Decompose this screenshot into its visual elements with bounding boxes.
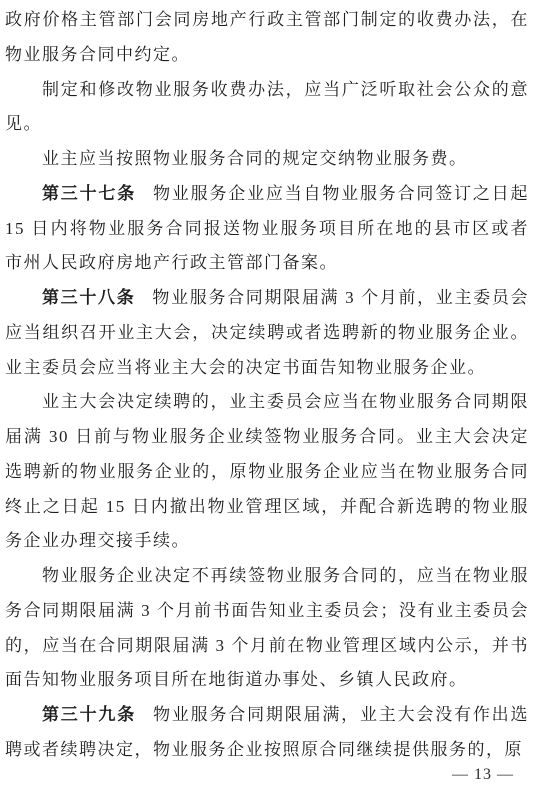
paragraph-text: 物业服务企业决定不再续签物业服务合同的，应当在物业服务合同期限届满 3 个月前书… (5, 566, 529, 689)
article-number: 第三十九条 (42, 705, 136, 724)
document-body: 政府价格主管部门会同房地产行政主管部门制定的收费办法，在物业服务合同中约定。 制… (5, 3, 529, 768)
page-number: — 13 — (452, 766, 514, 783)
paragraph: 业主大会决定续聘的，业主委员会应当在物业服务合同期限届满 30 日前与物业服务企… (5, 385, 529, 559)
paragraph: 第三十九条物业服务合同期限届满，业主大会没有作出选聘或者续聘决定，物业服务企业按… (5, 698, 529, 768)
paragraph: 第三十八条物业服务合同期限届满 3 个月前，业主委员会应当组织召开业主大会，决定… (5, 281, 529, 385)
article-number: 第三十七条 (42, 184, 136, 203)
paragraph: 物业服务企业决定不再续签物业服务合同的，应当在物业服务合同期限届满 3 个月前书… (5, 559, 529, 698)
article-number: 第三十八条 (42, 288, 135, 307)
paragraph: 政府价格主管部门会同房地产行政主管部门制定的收费办法，在物业服务合同中约定。 (5, 3, 529, 73)
paragraph: 第三十七条物业服务企业应当自物业服务合同签订之日起 15 日内将物业服务合同报送… (5, 177, 529, 281)
paragraph-text: 政府价格主管部门会同房地产行政主管部门制定的收费办法，在物业服务合同中约定。 (5, 10, 529, 64)
page-footer: — 13 — (452, 766, 514, 784)
document-page: 政府价格主管部门会同房地产行政主管部门制定的收费办法，在物业服务合同中约定。 制… (0, 0, 534, 789)
paragraph-text: 业主应当按照物业服务合同的规定交纳物业服务费。 (42, 149, 468, 168)
paragraph-text: 业主大会决定续聘的，业主委员会应当在物业服务合同期限届满 30 日前与物业服务企… (5, 392, 529, 550)
paragraph: 业主应当按照物业服务合同的规定交纳物业服务费。 (5, 142, 529, 177)
paragraph-text: 制定和修改物业服务收费办法，应当广泛听取社会公众的意见。 (5, 80, 529, 134)
paragraph: 制定和修改物业服务收费办法，应当广泛听取社会公众的意见。 (5, 73, 529, 143)
